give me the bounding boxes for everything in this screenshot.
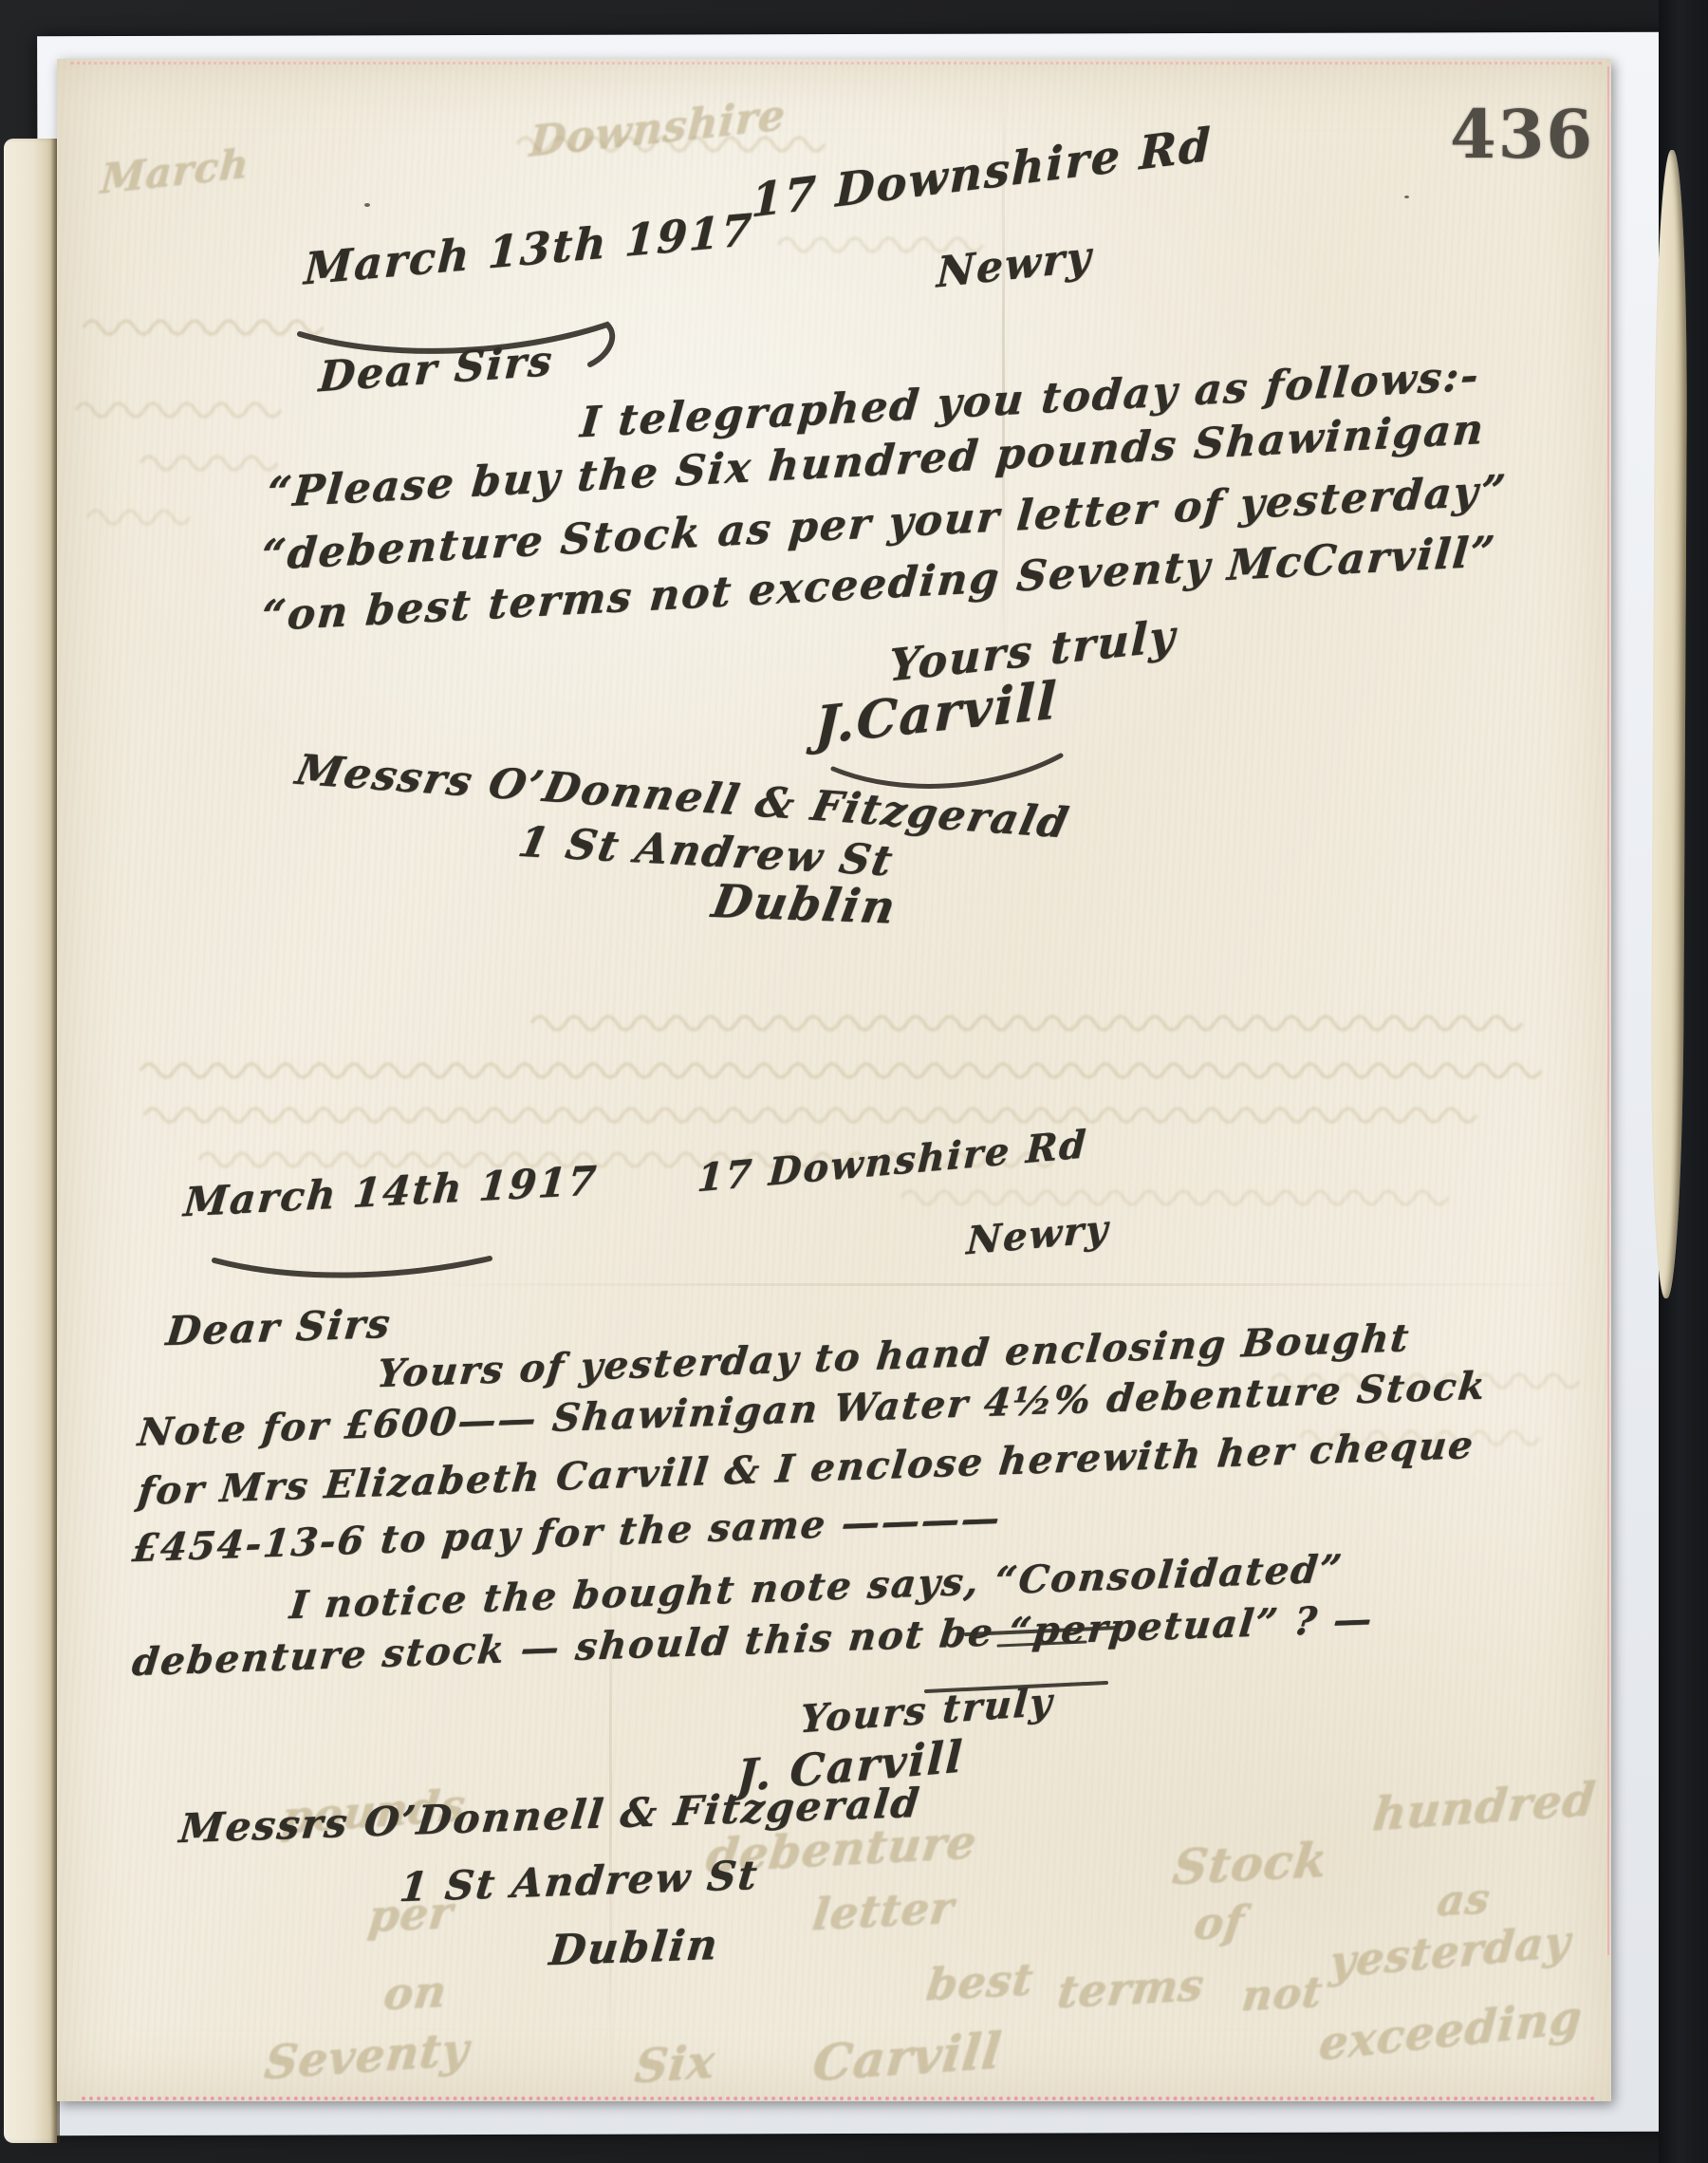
page-number-stamp: 436 — [1450, 95, 1594, 174]
photographed-letter-book-page: 436 MarchDownshirepoundsdebentureStockhu… — [0, 0, 1708, 2163]
dust-speck — [364, 203, 370, 207]
page-edge-tick-line — [1607, 66, 1609, 1955]
dust-speck — [1404, 196, 1409, 198]
book-page-edges-left — [4, 139, 57, 2143]
tissue-page — [57, 59, 1611, 2101]
